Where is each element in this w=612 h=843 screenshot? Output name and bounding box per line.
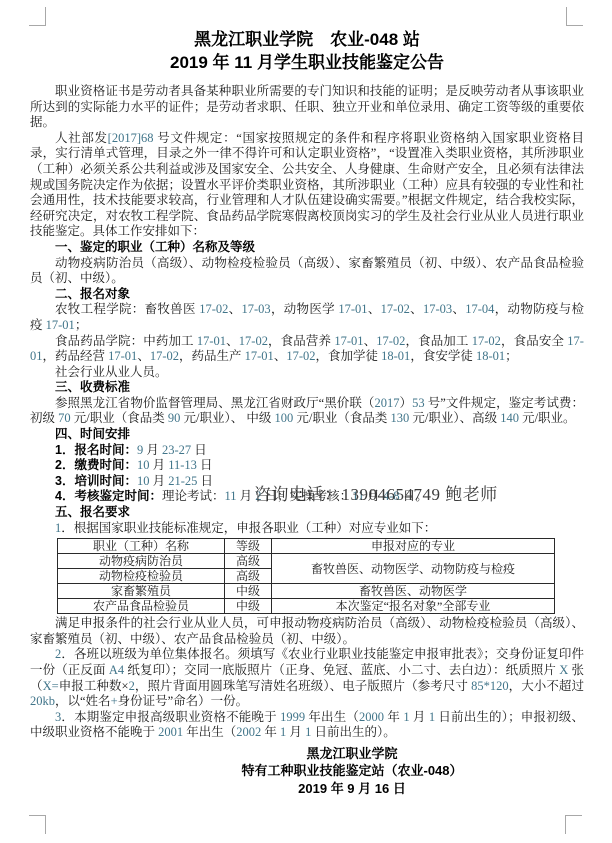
- section2-paragraph-1: 农牧工程学院：畜牧兽医 17-02、17-03，动物医学 17-01、17-02…: [30, 302, 584, 333]
- requirement-3: 3．本期鉴定申报高级职业资格不能晚于 1999 年出生（2000 年 1 月 1…: [30, 710, 584, 741]
- table-header-occupation: 职业（工种）名称: [58, 539, 225, 554]
- page-title-line1: 黑龙江职业学院 农业-048 站: [30, 28, 584, 51]
- document-page: 黑龙江职业学院 农业-048 站 2019 年 11 月学生职业技能鉴定公告 职…: [0, 0, 612, 843]
- table-cell-level: 高级: [225, 569, 272, 584]
- section5-heading: 五、报名要求: [30, 505, 584, 521]
- document-body: 职业资格证书是劳动者具备某种职业所需要的专门知识和技能的证明；是反映劳动者从事该…: [30, 84, 584, 797]
- margin-mark-top-left: [29, 7, 46, 26]
- table-row: 农产品食品检验员 中级 本次鉴定“报名对象”全部专业: [58, 599, 555, 614]
- signature-block: 黑龙江职业学院 特有工种职业技能鉴定站（农业-048） 2019 年 9 月 1…: [175, 745, 529, 798]
- schedule-item-label: 4．考核鉴定时间：: [55, 489, 162, 503]
- table-cell-major: 畜牧兽医、动物医学: [272, 584, 555, 599]
- table-cell-occupation: 动物检疫检验员: [58, 569, 225, 584]
- page-title-line2: 2019 年 11 月学生职业技能鉴定公告: [30, 51, 584, 74]
- table-header-level: 等级: [225, 539, 272, 554]
- table-row: 动物疫病防治员 高级 畜牧兽医、动物医学、动物防疫与检疫: [58, 554, 555, 569]
- requirement-1: 1．根据国家职业技能标准规定，申报各职业（工种）对应专业如下：: [30, 521, 584, 537]
- majors-table: 职业（工种）名称 等级 申报对应的专业 动物疫病防治员 高级 畜牧兽医、动物医学…: [57, 538, 555, 614]
- table-cell-occupation: 动物疫病防治员: [58, 554, 225, 569]
- contact-watermark: 咨询电话：13904654749 鲍老师: [254, 480, 498, 505]
- section1-body: 动物疫病防治员（高级）、动物检疫检验员（高级）、家畜繁殖员（初、中级）、农产品食…: [30, 256, 584, 287]
- schedule-item-payment: 2．缴费时间：10 月 11-13 日: [55, 458, 584, 474]
- margin-mark-bottom-left: [29, 815, 46, 834]
- table-cell-level: 高级: [225, 554, 272, 569]
- schedule-item-value: 10 月 21-25 日: [137, 474, 213, 488]
- section3-body: 参照黑龙江省物价监督管理局、黑龙江省财政厅“黑价联（2017）53 号”文件规定…: [30, 396, 584, 427]
- schedule-item-register: 1．报名时间：9 月 23-27 日: [55, 443, 584, 459]
- title-block: 黑龙江职业学院 农业-048 站 2019 年 11 月学生职业技能鉴定公告: [30, 28, 584, 74]
- table-header-row: 职业（工种）名称 等级 申报对应的专业: [58, 539, 555, 554]
- table-row: 家畜繁殖员 中级 畜牧兽医、动物医学: [58, 584, 555, 599]
- table-cell-level: 中级: [225, 584, 272, 599]
- schedule-item-value: 10 月 11-13 日: [137, 458, 213, 472]
- margin-mark-top-right: [566, 7, 583, 26]
- signature-org: 黑龙江职业学院: [175, 745, 529, 763]
- section2-heading: 二、报名对象: [30, 287, 584, 303]
- schedule-item-label: 1．报名时间：: [55, 443, 137, 457]
- table-header-major: 申报对应的专业: [272, 539, 555, 554]
- signature-date: 2019 年 9 月 16 日: [175, 780, 529, 798]
- after-table-note: 满足申报条件的社会行业从业人员，可申报动物疫病防治员（高级）、动物检疫检验员（高…: [30, 616, 584, 647]
- table-cell-major: 本次鉴定“报名对象”全部专业: [272, 599, 555, 614]
- margin-mark-bottom-right: [565, 815, 582, 834]
- signature-station: 特有工种职业技能鉴定站（农业-048）: [175, 762, 529, 780]
- intro-paragraph-2: 人社部发[2017]68 号文件规定：“国家按照规定的条件和程序将职业资格纳入国…: [30, 131, 584, 240]
- document-content: 黑龙江职业学院 农业-048 站 2019 年 11 月学生职业技能鉴定公告 职…: [30, 28, 584, 797]
- table-cell-occupation: 家畜繁殖员: [58, 584, 225, 599]
- section3-heading: 三、收费标准: [30, 380, 584, 396]
- table-cell-level: 中级: [225, 599, 272, 614]
- section1-heading: 一、鉴定的职业（工种）名称及等级: [30, 240, 584, 256]
- schedule-item-value: 9 月 23-27 日: [137, 443, 207, 457]
- table-cell-occupation: 农产品食品检验员: [58, 599, 225, 614]
- schedule-item-label: 2．缴费时间：: [55, 458, 137, 472]
- schedule-item-label: 3．培训时间：: [55, 474, 137, 488]
- section2-paragraph-2: 食品药品学院：中药加工 17-01、17-02，食品营养 17-01、17-02…: [30, 334, 584, 365]
- requirement-2: 2．各班以班级为单位集体报名。须填写《农业行业职业技能鉴定申报审批表》；交身份证…: [30, 647, 584, 709]
- section2-paragraph-3: 社会行业从业人员。: [30, 365, 584, 381]
- section4-heading: 四、时间安排: [30, 427, 584, 443]
- table-cell-major: 畜牧兽医、动物医学、动物防疫与检疫: [272, 554, 555, 584]
- intro-paragraph-1: 职业资格证书是劳动者具备某种职业所需要的专门知识和技能的证明；是反映劳动者从事该…: [30, 84, 584, 131]
